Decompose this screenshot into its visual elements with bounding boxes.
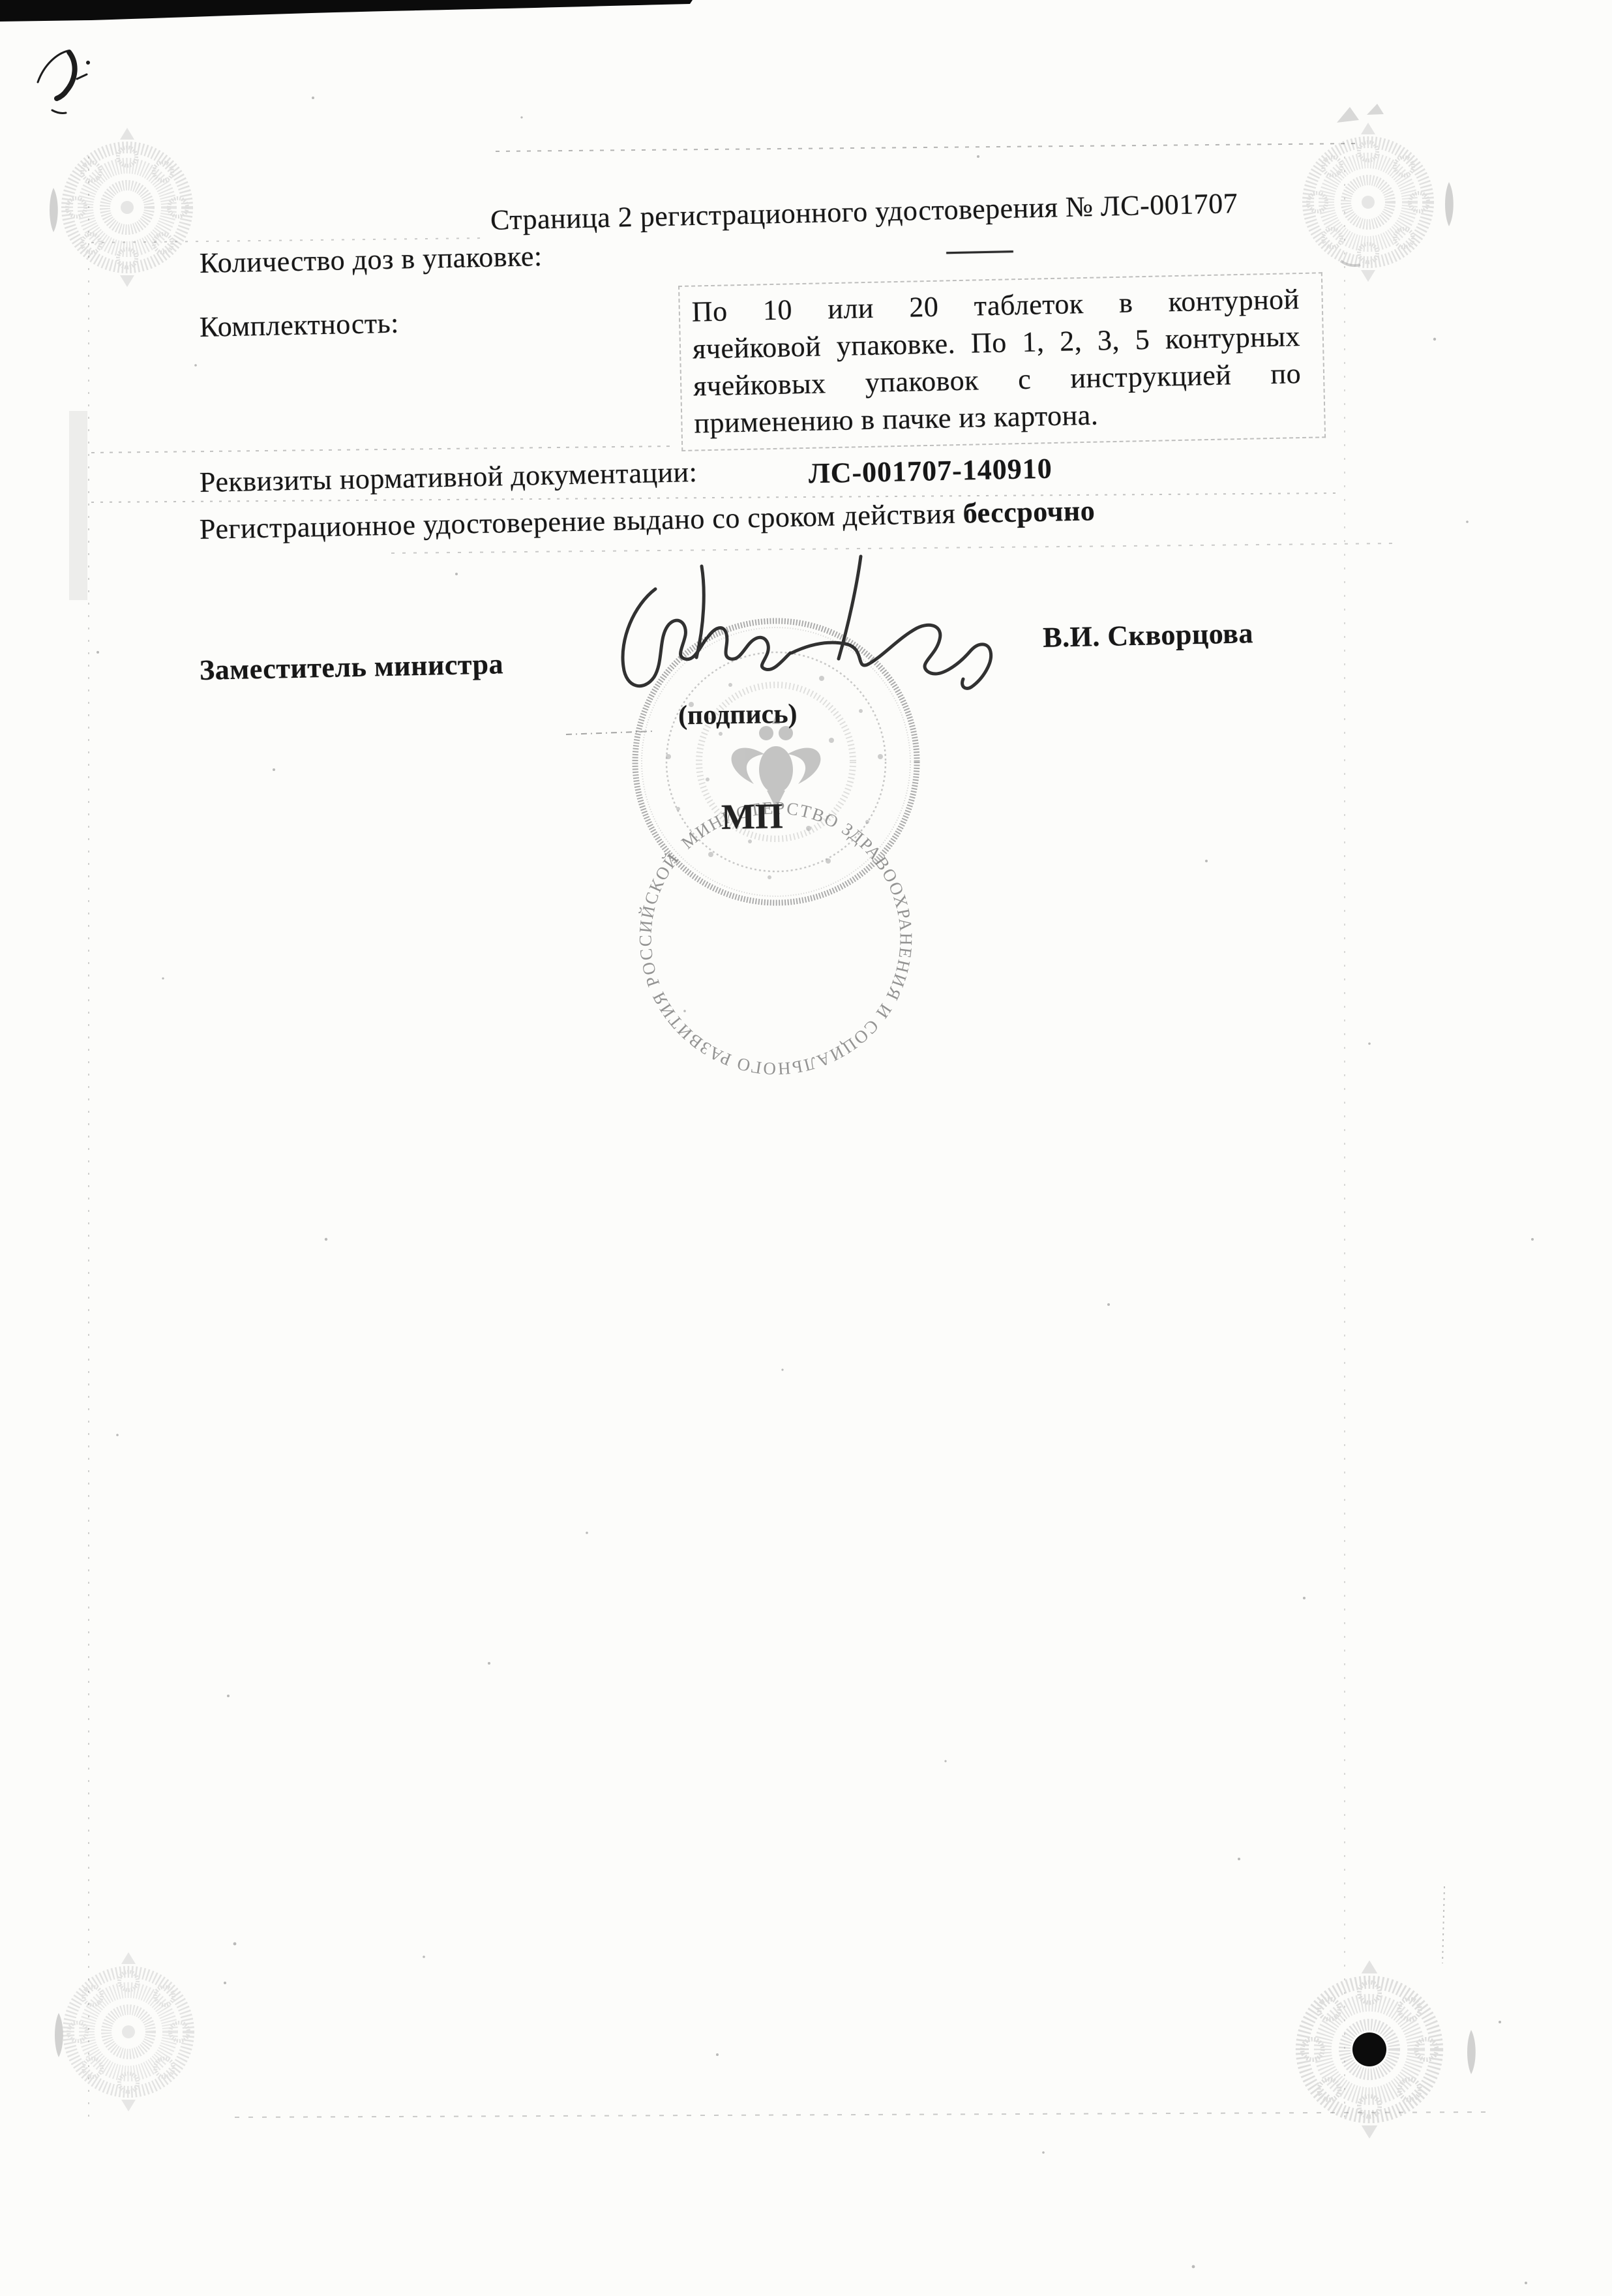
scan-edge-strip [0,0,693,22]
doses-label: Количество доз в упаковке: [199,240,543,279]
normative-docs-value: ЛС-001707-140910 [808,452,1052,491]
scanned-certificate-page: МИНИСТЕРСТВО ЗДРАВООХРАНЕНИЯ И СОЦИАЛЬНО… [0,0,1612,2296]
completeness-label: Комплектность: [199,307,399,343]
validity-term: бессрочно [963,494,1096,529]
completeness-value-box: По 10 или 20 таблеток в контурной ячейко… [678,272,1326,451]
signatory-name: В.И. Скворцова [1043,616,1254,654]
corner-rosette-bottom-left [68,1952,188,2111]
corner-rosette-top-right [1308,123,1428,282]
signatory-title: Заместитель министра [199,648,503,686]
signature-caption: (подпись) [678,699,798,732]
corner-rosette-top-left [67,128,187,287]
seal-place-label: МП [721,795,783,838]
ink-mark [38,51,90,113]
punch-dot [1352,2032,1386,2066]
doses-value-dash: — [946,232,1013,267]
